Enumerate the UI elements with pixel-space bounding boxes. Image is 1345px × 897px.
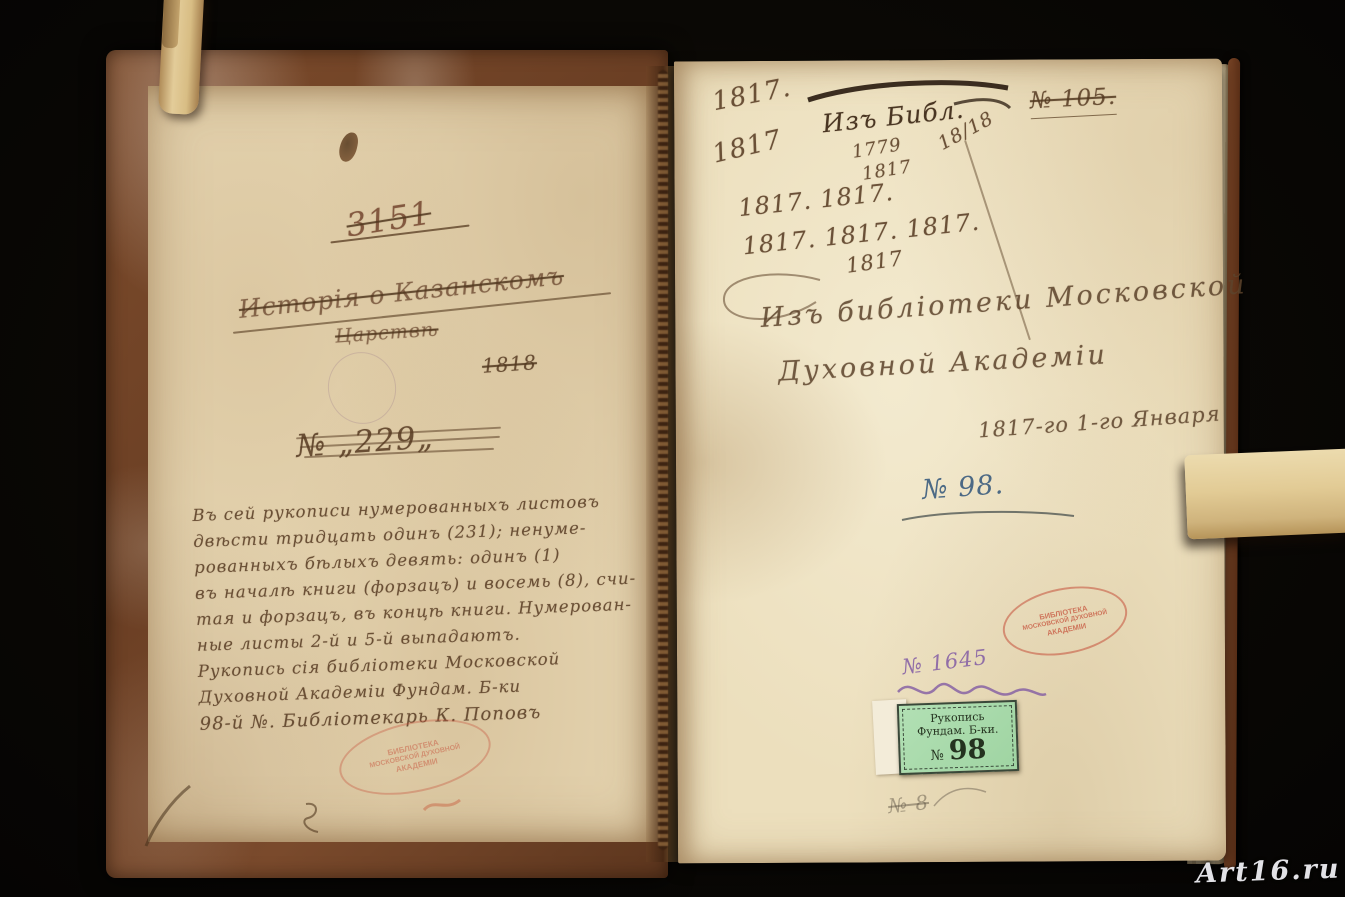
- label-number-row: № 98: [910, 735, 1007, 765]
- binding-threads: [658, 70, 668, 850]
- green-label: Рукопись Фундам. Б-ки. № 98: [897, 700, 1019, 775]
- crossed-year-left: 1818: [481, 350, 537, 378]
- photo-backdrop: 3151 Исторія о Казанскомъ Царствѣ 1818 №…: [0, 0, 1345, 897]
- red-mark: [420, 792, 470, 818]
- label-number-sign: №: [930, 748, 944, 764]
- blue-underline-swoosh: [898, 506, 1078, 526]
- ink-squiggle: [140, 782, 200, 852]
- pencil-flourish: [930, 782, 990, 812]
- green-label-inner: Рукопись Фундам. Б-ки. № 98: [902, 705, 1014, 770]
- wooden-stick-right: [1184, 449, 1345, 540]
- librarian-note: Въ сей рукописи нумерованныхъ листовъ дв…: [192, 490, 655, 740]
- pencil-number: № 8: [887, 790, 930, 818]
- heavy-strike: [804, 74, 1014, 114]
- wooden-stick-notch: [162, 0, 181, 48]
- accession-number-blue: № 98.: [921, 469, 1005, 506]
- label-number: 98: [948, 734, 987, 766]
- ink-squiggle: [296, 800, 336, 840]
- watermark: Art16.ru: [1196, 853, 1341, 889]
- crossed-number-right: № 105.: [1029, 84, 1117, 119]
